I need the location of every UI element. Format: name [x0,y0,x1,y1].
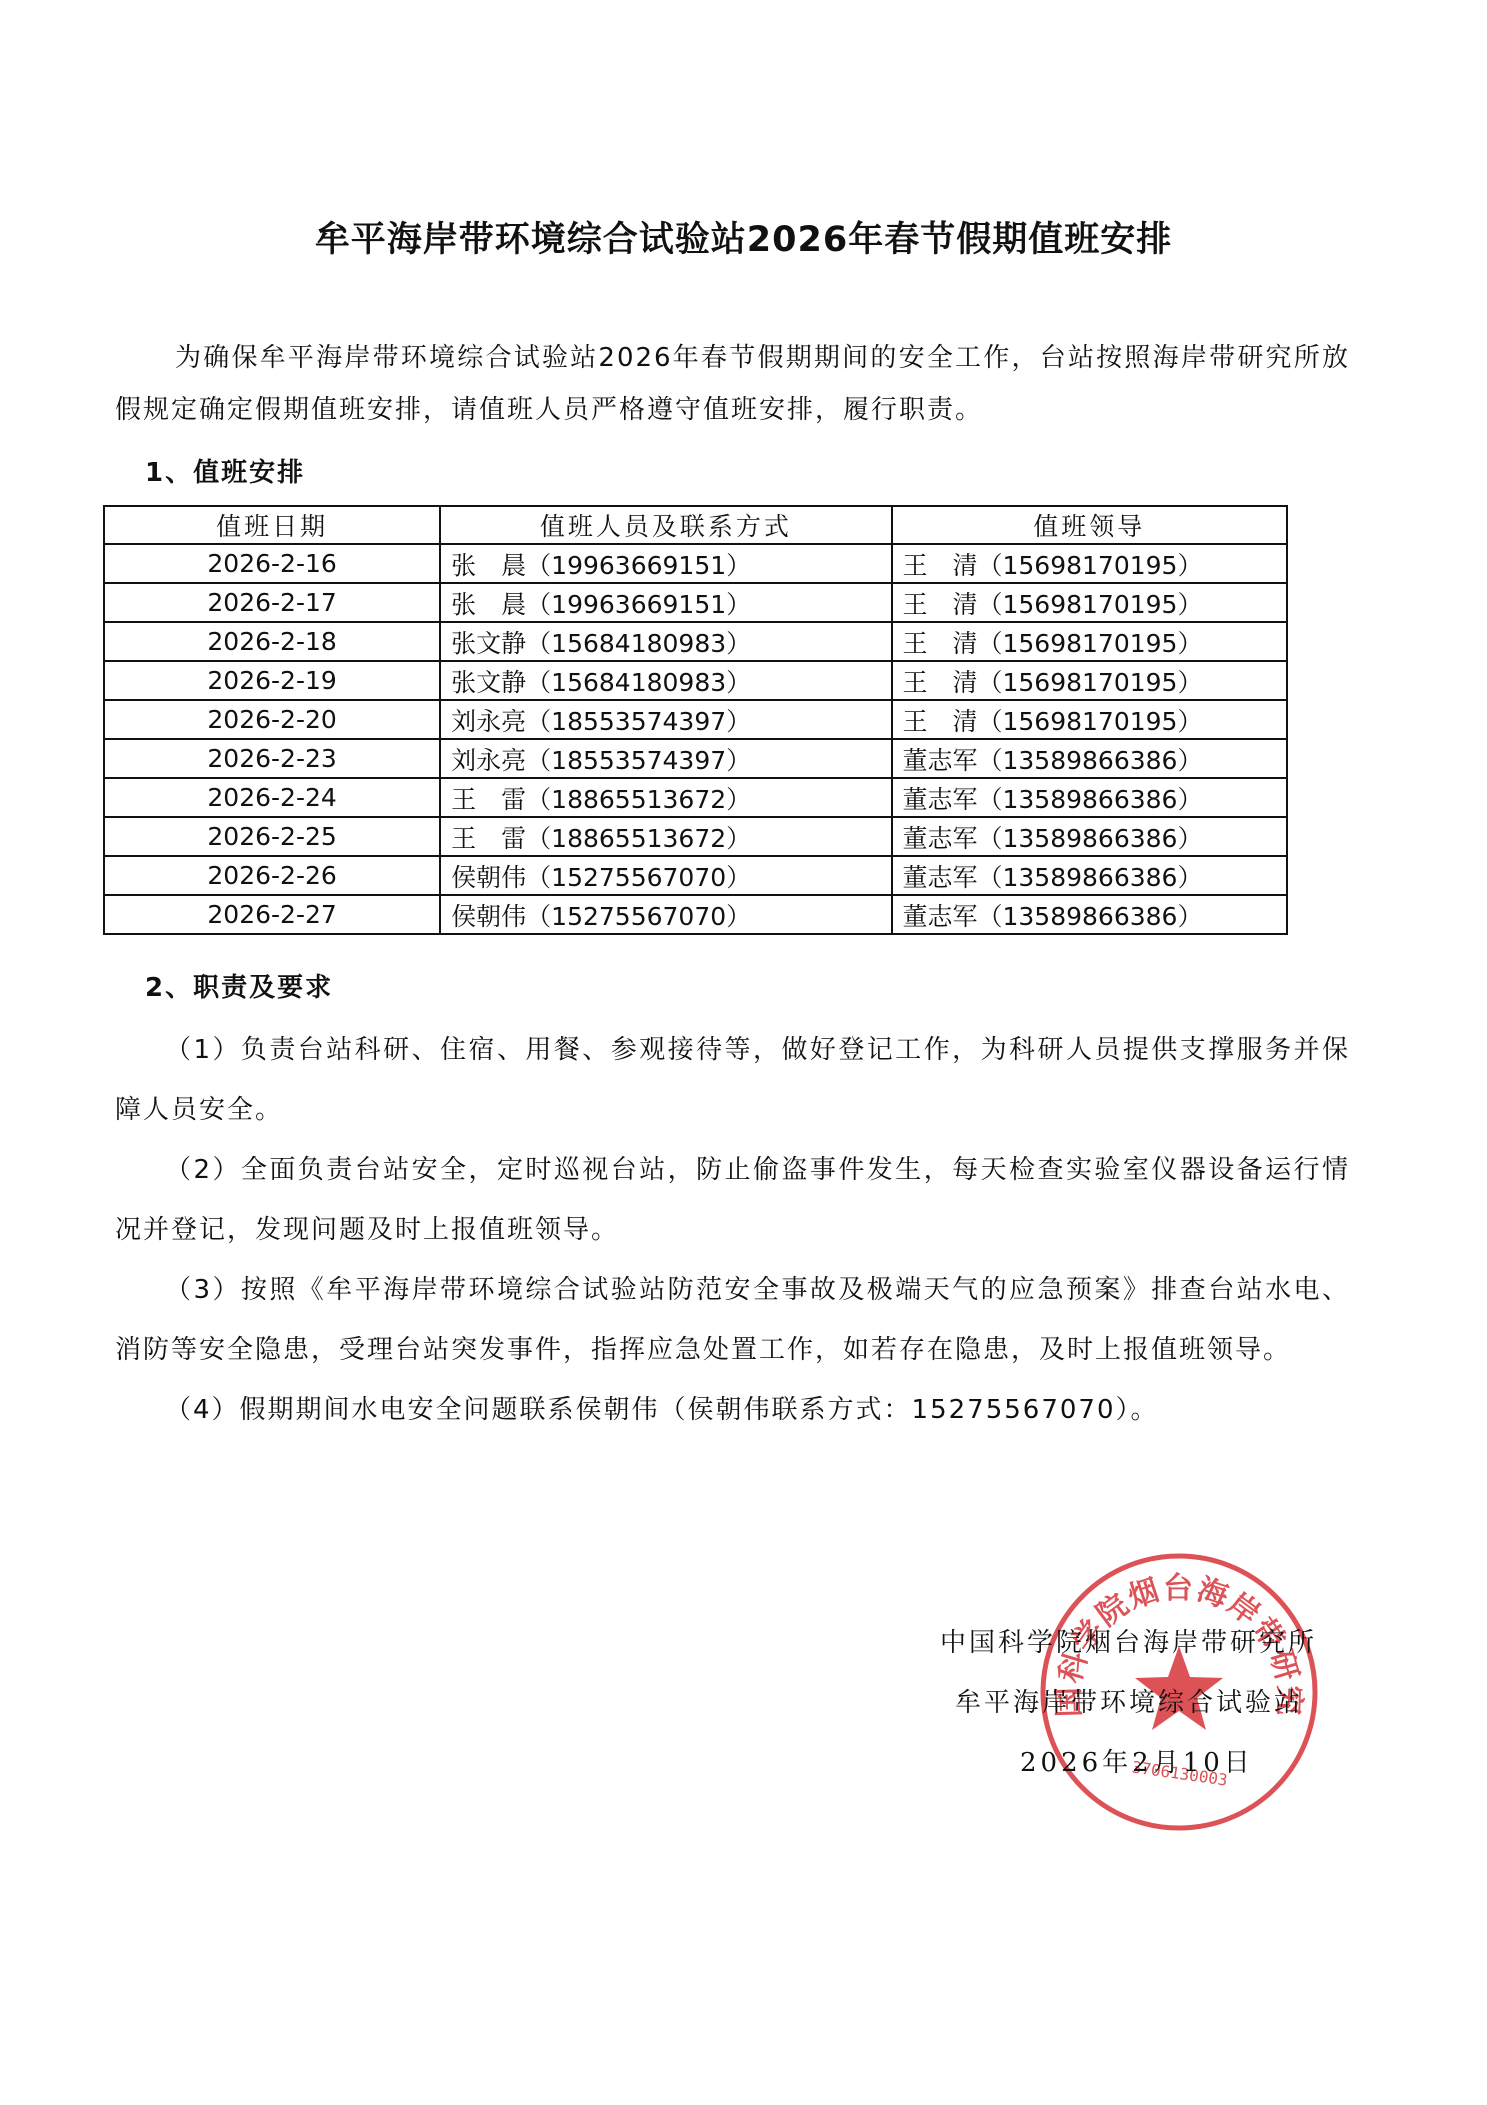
date-cell: 2026-2-27 [104,895,440,934]
table-row: 2026-2-19张文静（15684180983）王 清（15698170195… [104,661,1287,700]
column-header-leader: 值班领导 [892,506,1288,544]
document-page: 牟平海岸带环境综合试验站2026年春节假期值班安排 为确保牟平海岸带环境综合试验… [0,0,1487,2105]
document-title: 牟平海岸带环境综合试验站2026年春节假期值班安排 [0,212,1487,262]
table-row: 2026-2-16张 晨（19963669151）王 清（15698170195… [104,544,1287,583]
date-cell: 2026-2-25 [104,817,440,856]
leader-cell: 董志军（13589866386） [892,739,1288,778]
requirement-item: （4）假期期间水电安全问题联系侯朝伟（侯朝伟联系方式：15275567070）。 [115,1380,1350,1440]
staff-cell: 张 晨（19963669151） [440,583,891,622]
staff-cell: 刘永亮（18553574397） [440,700,891,739]
section-heading-duty-schedule: 1、值班安排 [145,452,305,489]
table-row: 2026-2-17张 晨（19963669151）王 清（15698170195… [104,583,1287,622]
date-cell: 2026-2-23 [104,739,440,778]
requirements-list: （1）负责台站科研、住宿、用餐、参观接待等，做好登记工作，为科研人员提供支撑服务… [115,1020,1350,1440]
date-cell: 2026-2-20 [104,700,440,739]
signature-date: 2026年2月10日 [1020,1742,1254,1779]
date-cell: 2026-2-26 [104,856,440,895]
table-row: 2026-2-24王 雷（18865513672）董志军（13589866386… [104,778,1287,817]
date-cell: 2026-2-19 [104,661,440,700]
leader-cell: 王 清（15698170195） [892,700,1288,739]
leader-cell: 王 清（15698170195） [892,544,1288,583]
date-cell: 2026-2-17 [104,583,440,622]
column-header-date: 值班日期 [104,506,440,544]
requirement-item: （3）按照《牟平海岸带环境综合试验站防范安全事故及极端天气的应急预案》排查台站水… [115,1260,1350,1380]
staff-cell: 张 晨（19963669151） [440,544,891,583]
leader-cell: 王 清（15698170195） [892,583,1288,622]
leader-cell: 董志军（13589866386） [892,895,1288,934]
staff-cell: 王 雷（18865513672） [440,817,891,856]
table-header-row: 值班日期 值班人员及联系方式 值班领导 [104,506,1287,544]
table-row: 2026-2-18张文静（15684180983）王 清（15698170195… [104,622,1287,661]
signature-organization: 中国科学院烟台海岸带研究所 [940,1622,1317,1659]
column-header-staff: 值班人员及联系方式 [440,506,891,544]
table-row: 2026-2-20刘永亮（18553574397）王 清（15698170195… [104,700,1287,739]
table-row: 2026-2-23刘永亮（18553574397）董志军（13589866386… [104,739,1287,778]
date-cell: 2026-2-16 [104,544,440,583]
staff-cell: 侯朝伟（15275567070） [440,856,891,895]
staff-cell: 侯朝伟（15275567070） [440,895,891,934]
leader-cell: 王 清（15698170195） [892,661,1288,700]
table-row: 2026-2-25王 雷（18865513672）董志军（13589866386… [104,817,1287,856]
leader-cell: 王 清（15698170195） [892,622,1288,661]
intro-paragraph: 为确保牟平海岸带环境综合试验站2026年春节假期期间的安全工作，台站按照海岸带研… [115,332,1350,436]
staff-cell: 王 雷（18865513672） [440,778,891,817]
leader-cell: 董志军（13589866386） [892,778,1288,817]
table-row: 2026-2-27侯朝伟（15275567070）董志军（13589866386… [104,895,1287,934]
signature-station: 牟平海岸带环境综合试验站 [955,1682,1303,1719]
duty-schedule-table: 值班日期 值班人员及联系方式 值班领导 2026-2-16张 晨（1996366… [103,505,1288,935]
table-row: 2026-2-26侯朝伟（15275567070）董志军（13589866386… [104,856,1287,895]
leader-cell: 董志军（13589866386） [892,856,1288,895]
date-cell: 2026-2-18 [104,622,440,661]
staff-cell: 刘永亮（18553574397） [440,739,891,778]
leader-cell: 董志军（13589866386） [892,817,1288,856]
staff-cell: 张文静（15684180983） [440,622,891,661]
requirement-item: （2）全面负责台站安全，定时巡视台站，防止偷盗事件发生，每天检查实验室仪器设备运… [115,1140,1350,1260]
section-heading-responsibilities: 2、职责及要求 [145,967,333,1004]
staff-cell: 张文静（15684180983） [440,661,891,700]
requirement-item: （1）负责台站科研、住宿、用餐、参观接待等，做好登记工作，为科研人员提供支撑服务… [115,1020,1350,1140]
date-cell: 2026-2-24 [104,778,440,817]
